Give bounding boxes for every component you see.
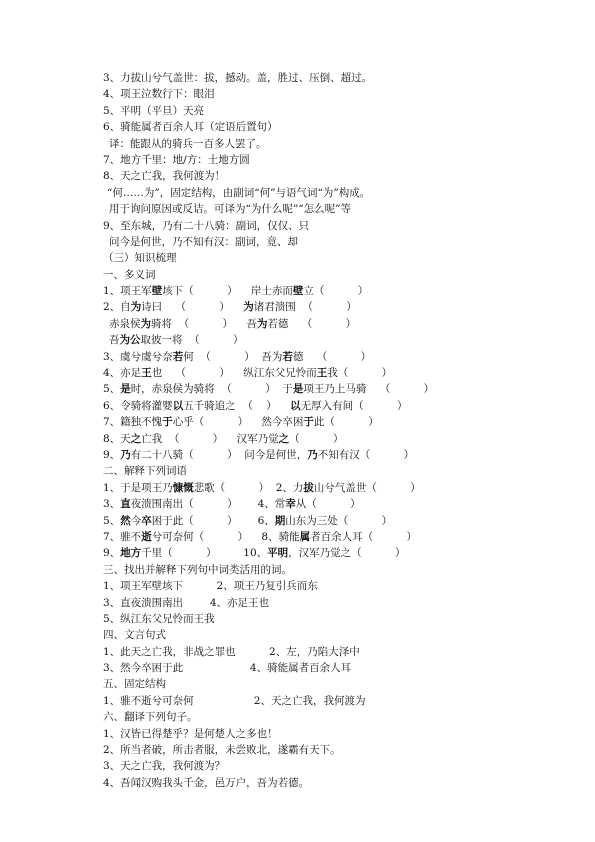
text-segment: 3、力拔山兮气盖世：拔，撼动。盖，胜过、压倒、超过。	[103, 72, 372, 84]
text-segment: 1、于是项王乃	[103, 482, 173, 494]
text-segment: 9、	[103, 449, 120, 461]
emphasized-word: 乃	[307, 449, 318, 461]
text-line: 1、项王军壁垓下（ ） 岸士赤而壁立（ ）	[103, 283, 523, 299]
text-segment: 若德 （ ）	[267, 318, 356, 330]
text-segment: 1、骓不逝兮可奈何 2、天之亡我，我何渡为	[103, 695, 365, 707]
text-segment: 四、文言句式	[103, 629, 166, 641]
text-segment: 取彼一将 （ ）	[141, 334, 244, 346]
emphasized-word: 于	[303, 416, 314, 428]
text-segment: 者百余人耳（ ）	[310, 531, 417, 543]
text-segment: 我（ ）	[327, 367, 392, 379]
text-line: 赤泉侯为骑将 （ ） 吾为若德 （ ）	[103, 316, 523, 332]
text-segment: 9、	[103, 547, 120, 559]
emphasized-word: 为	[141, 318, 152, 330]
text-segment: 项王乃上马骑 （ ）	[303, 383, 434, 395]
text-line: 3、直夜溃围南出 4、亦足王也	[103, 595, 523, 611]
text-segment: 7、籍独不愧	[103, 416, 162, 428]
text-segment: 有二十八骑（ ） 问今是何世，	[131, 449, 308, 461]
text-line: 用于询问原因或反诘。可译为“为什么呢”“怎么呢”等	[103, 201, 523, 217]
text-segment: 五、固定结构	[103, 678, 166, 690]
text-line: 9、至东城，乃有二十八骑：副词，仅仅、只	[103, 218, 523, 234]
text-segment: 3、	[103, 498, 120, 510]
text-line: 4、吾闻汉购我头千金，邑万户，吾为若德。	[103, 775, 523, 791]
text-line: 吾为公取彼一将 （ ）	[103, 332, 523, 348]
text-segment: 德 （ ）	[293, 351, 371, 363]
text-segment: 5、	[103, 383, 120, 395]
emphasized-word: 之	[279, 433, 290, 445]
text-segment: 诗曰 （ ）	[141, 301, 243, 313]
text-segment: 3、虞兮虞兮奈	[103, 351, 173, 363]
text-line: 六、翻译下列句子。	[103, 709, 523, 725]
emphasized-word: 壁	[152, 285, 163, 297]
text-segment: 此（ ）	[314, 416, 379, 428]
text-segment: 7、骓不	[103, 531, 141, 543]
text-line: 2、所当者破，所击者服，未尝败北，遂霸有天下。	[103, 742, 523, 758]
text-segment: 赤泉侯	[109, 318, 141, 330]
emphasized-word: 王	[317, 367, 328, 379]
text-segment: “何……为”，固定结构，由副词“何”与语气词“为”构成。	[107, 187, 370, 199]
text-segment: 从（ ）	[296, 498, 361, 510]
text-segment: 夜溃围南出（ ） 4、常	[131, 498, 286, 510]
text-segment: （三）知识梳理	[103, 252, 177, 264]
text-segment: 3、然今卒困于此 4、骑能属者百余人耳	[103, 662, 351, 674]
text-line: 一、多义词	[103, 267, 523, 283]
emphasized-word: 若	[282, 351, 293, 363]
text-segment: 2、所当者破，所击者服，未尝败北，遂霸有天下。	[103, 744, 341, 756]
text-line: 问今是何世，乃不知有汉：副词，竟、却	[103, 234, 523, 250]
emphasized-word: 属	[300, 531, 311, 543]
emphasized-word: 平明	[267, 547, 288, 559]
text-segment: 心乎（ ） 然今卒困	[173, 416, 304, 428]
text-line: “何……为”，固定结构，由副词“何”与语气词“为”构成。	[103, 185, 523, 201]
emphasized-word: 为	[257, 318, 268, 330]
text-segment: 9、至东城，乃有二十八骑：副词，仅仅、只	[103, 220, 309, 232]
text-segment: 5、纵江东父兄怜而王我	[103, 613, 215, 625]
emphasized-word: 以	[173, 400, 184, 412]
text-segment: 兮可奈何（ ） 8、骑能	[152, 531, 300, 543]
text-segment: 4、亦足	[103, 367, 141, 379]
text-segment: 1、汉皆已得楚乎？是何楚人之多也！	[103, 728, 278, 740]
text-segment: 骑将 （ ） 吾	[151, 318, 257, 330]
text-segment: 1、此天之亡我，非战之罪也 2、左，乃陷大泽中	[103, 646, 360, 658]
text-line: 5、纵江东父兄怜而王我	[103, 611, 523, 627]
text-line: 译：能跟从的骑兵一百多人罢了。	[103, 136, 523, 152]
emphasized-word: 之	[131, 433, 142, 445]
text-line: 1、汉皆已得楚乎？是何楚人之多也！	[103, 726, 523, 742]
text-segment: 也 （ ） 纵江东父兄怜而	[152, 367, 317, 379]
emphasized-word: 壁	[293, 285, 304, 297]
text-segment: 山兮气盖世（ ）	[314, 482, 421, 494]
text-segment: 6、令骑将灌婴	[103, 400, 173, 412]
text-segment: 译：能跟从的骑兵一百多人罢了。	[109, 138, 267, 150]
text-segment: 1、项王军	[103, 285, 152, 297]
text-segment: 1、项王军壁垓下 2、项王乃复引兵而东	[103, 580, 318, 592]
text-segment: 3、直夜溃围南出 4、亦足王也	[103, 597, 269, 609]
text-line: 9、地方千里（ ） 10、平明，汉军乃觉之（ ）	[103, 545, 523, 561]
text-segment: 三、找出并解释下列句中词类活用的词。	[103, 564, 292, 576]
text-line: 5、是时，赤泉侯为骑将 （ ） 于是项王乃上马骑 （ ）	[103, 381, 523, 397]
text-segment: 吾	[109, 334, 120, 346]
text-segment: 8、天	[103, 433, 131, 445]
text-line: 3、直夜溃围南出（ ） 4、常幸从（ ）	[103, 496, 523, 512]
emphasized-word: 期	[275, 515, 286, 527]
emphasized-word: 为公	[120, 334, 141, 346]
text-segment: 诸君溃围 （ ）	[254, 301, 357, 313]
text-line: 4、亦足王也 （ ） 纵江东父兄怜而王我（ ）	[103, 365, 523, 381]
text-line: 7、骓不逝兮可奈何（ ） 8、骑能属者百余人耳（ ）	[103, 529, 523, 545]
text-segment: 悲歌（ ） 2、力	[194, 482, 304, 494]
emphasized-word: 为	[243, 301, 254, 313]
text-segment: 时，赤泉侯为骑将 （ ） 于	[131, 383, 293, 395]
text-line: 6、令骑将灌婴以五千骑追之 （ ） 以无厚入有间（ ）	[103, 398, 523, 414]
emphasized-word: 慷慨	[173, 482, 194, 494]
text-segment: ，汉军乃觉之（ ）	[288, 547, 405, 559]
text-line: 3、天之亡我，我何渡为？	[103, 758, 523, 774]
text-segment: 亡我 （ ） 汉军乃觉	[141, 433, 278, 445]
text-line: 8、天之亡我，我何渡为！	[103, 168, 523, 184]
emphasized-word: 为	[131, 301, 142, 313]
text-segment: 山东为三处（ ）	[285, 515, 392, 527]
text-segment: 5、平明（平旦）天亮	[103, 105, 204, 117]
text-line: 五、固定结构	[103, 676, 523, 692]
text-line: 2、自为诗曰 （ ） 为诸君溃围 （ ）	[103, 299, 523, 315]
text-line: 1、此天之亡我，非战之罪也 2、左，乃陷大泽中	[103, 644, 523, 660]
emphasized-word: 乃	[120, 449, 131, 461]
document-page: 3、力拔山兮气盖世：拔，撼动。盖，胜过、压倒、超过。4、项王泣数行下：眼泪5、平…	[103, 70, 523, 791]
text-segment: 5、	[103, 515, 120, 527]
text-segment: 7、地方千里：地/方：土地方圆	[103, 154, 250, 166]
text-segment: 一、多义词	[103, 269, 156, 281]
text-line: 5、平明（平旦）天亮	[103, 103, 523, 119]
emphasized-word: 于	[162, 416, 173, 428]
text-segment: 六、翻译下列句子。	[103, 711, 198, 723]
text-line: 7、籍独不愧于心乎（ ） 然今卒困于此（ ）	[103, 414, 523, 430]
text-line: （三）知识梳理	[103, 250, 523, 266]
text-line: 6、骑能属者百余人耳（定语后置句）	[103, 119, 523, 135]
text-segment: 8、天之亡我，我何渡为！	[103, 170, 225, 182]
text-segment: 千里（ ） 10、	[141, 547, 267, 559]
text-line: 8、天之亡我 （ ） 汉军乃觉之（ ）	[103, 431, 523, 447]
text-segment: 二、解释下列词语	[103, 465, 187, 477]
emphasized-word: 逝	[141, 531, 152, 543]
text-segment: 不知有汉（ ）	[318, 449, 414, 461]
emphasized-word: 拔	[303, 482, 314, 494]
emphasized-word: 幸	[285, 498, 296, 510]
text-segment: 4、项王泣数行下：眼泪	[103, 88, 215, 100]
text-segment: 2、自	[103, 301, 131, 313]
emphasized-word: 地方	[120, 547, 141, 559]
emphasized-word: 直	[120, 498, 131, 510]
text-line: 3、虞兮虞兮奈若何 （ ） 吾为若德 （ ）	[103, 349, 523, 365]
emphasized-word: 以	[290, 400, 301, 412]
text-line: 1、于是项王乃慷慨悲歌（ ） 2、力拔山兮气盖世（ ）	[103, 480, 523, 496]
text-line: 四、文言句式	[103, 627, 523, 643]
text-segment: 3、天之亡我，我何渡为？	[103, 760, 225, 772]
text-line: 1、骓不逝兮可奈何 2、天之亡我，我何渡为	[103, 693, 523, 709]
text-segment: （ ）	[289, 433, 343, 445]
emphasized-word: 然	[120, 515, 131, 527]
emphasized-word: 王	[141, 367, 152, 379]
text-segment: 问今是何世，乃不知有汉：副词，竟、却	[109, 236, 298, 248]
emphasized-word: 卒	[141, 515, 152, 527]
text-segment: 今	[131, 515, 142, 527]
text-segment: 五千骑追之 （ ）	[183, 400, 290, 412]
text-line: 三、找出并解释下列句中词类活用的词。	[103, 562, 523, 578]
text-line: 1、项王军壁垓下 2、项王乃复引兵而东	[103, 578, 523, 594]
text-segment: 无厚入有间（ ）	[301, 400, 408, 412]
text-line: 3、力拔山兮气盖世：拔，撼动。盖，胜过、压倒、超过。	[103, 70, 523, 86]
text-line: 二、解释下列词语	[103, 463, 523, 479]
text-segment: 困于此（ ） 6、	[152, 515, 275, 527]
text-line: 9、乃有二十八骑（ ） 问今是何世，乃不知有汉（ ）	[103, 447, 523, 463]
text-line: 5、然今卒困于此（ ） 6、期山东为三处（ ）	[103, 513, 523, 529]
emphasized-word: 是	[120, 383, 131, 395]
text-segment: 6、骑能属者百余人耳（定语后置句）	[103, 121, 278, 133]
text-segment: 垓下（ ） 岸士赤而	[162, 285, 293, 297]
text-segment: 何 （ ） 吾为	[183, 351, 282, 363]
emphasized-word: 若	[173, 351, 184, 363]
emphasized-word: 是	[293, 383, 304, 395]
text-segment: 4、吾闻汉购我头千金，邑万户，吾为若德。	[103, 777, 309, 789]
text-line: 3、然今卒困于此 4、骑能属者百余人耳	[103, 660, 523, 676]
text-segment: 用于询问原因或反诘。可译为“为什么呢”“怎么呢”等	[109, 203, 351, 215]
text-line: 7、地方千里：地/方：土地方圆	[103, 152, 523, 168]
text-segment: 立（ ）	[303, 285, 368, 297]
text-line: 4、项王泣数行下：眼泪	[103, 86, 523, 102]
